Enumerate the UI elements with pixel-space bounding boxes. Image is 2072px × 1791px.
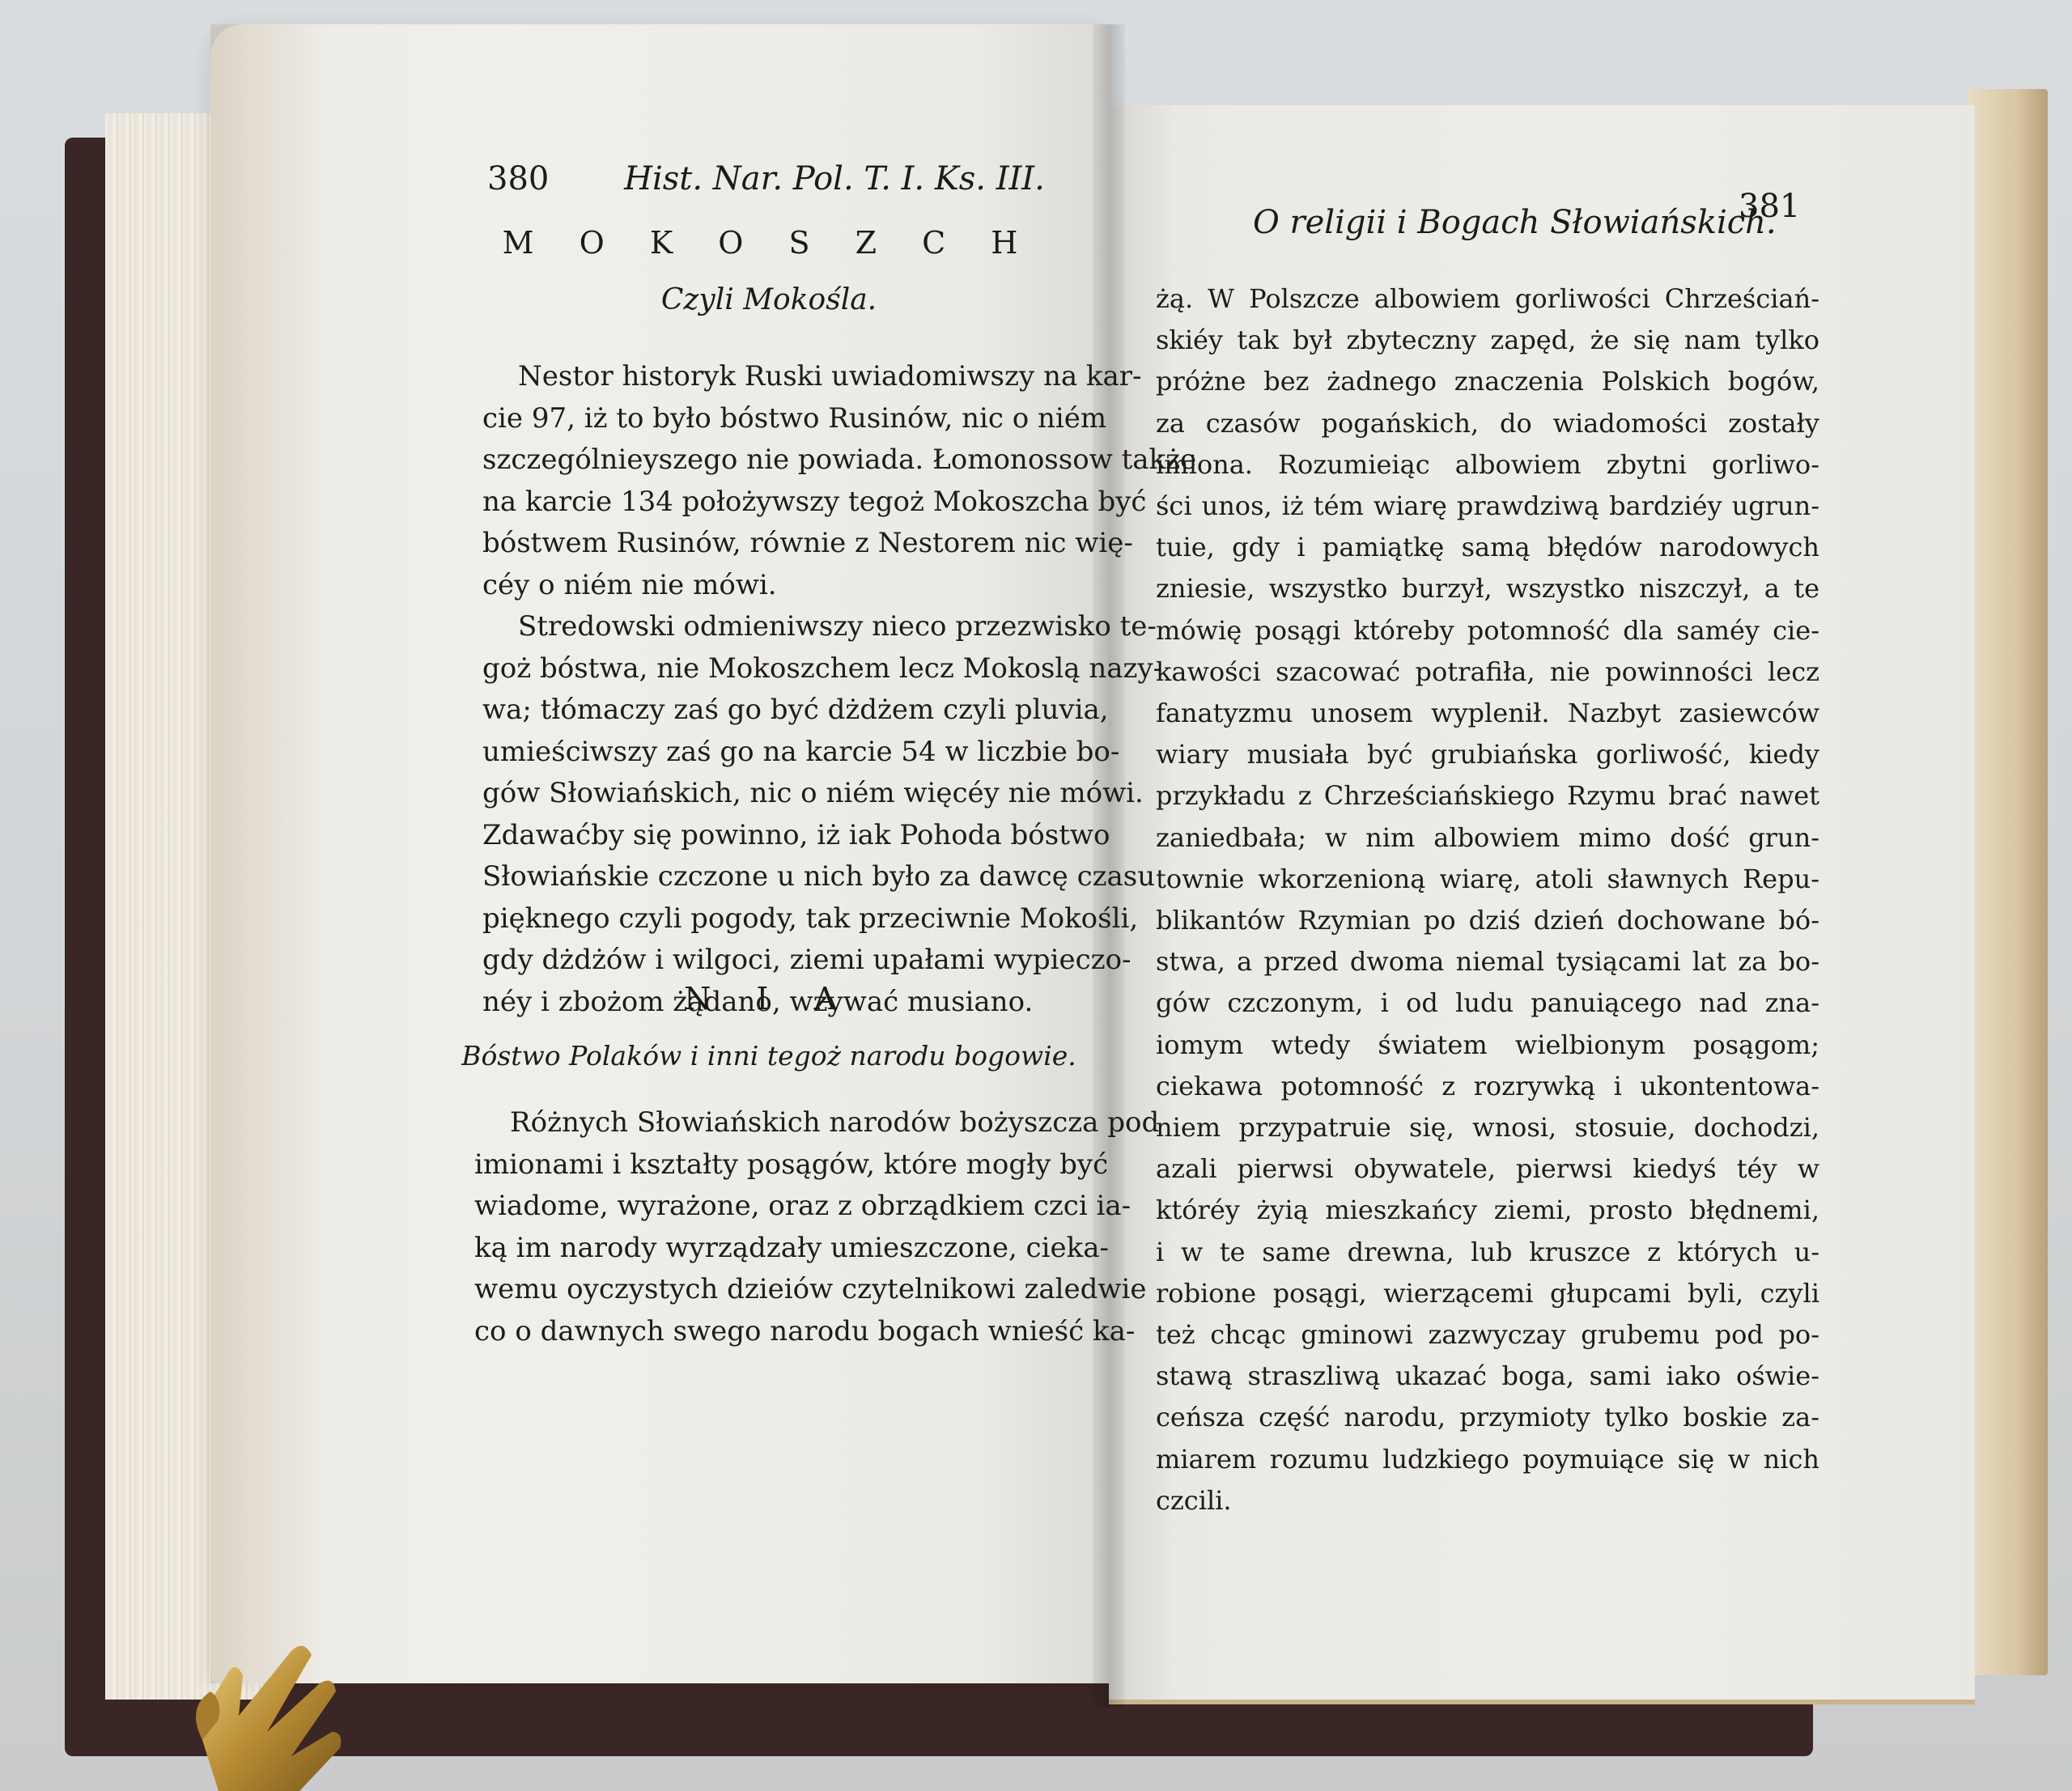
right-running-head: O religii i Bogach Słowiańskich. <box>1253 204 1777 241</box>
right-page-body: żą. W Polszcze albowiem gorliwości Chrze… <box>1156 278 1819 1522</box>
nia-body: Różnych Słowiańskich narodów bożyszcza p… <box>474 1102 1080 1352</box>
text-line: wemu oyczystych dzieiów czytelnikowi zal… <box>474 1269 1080 1311</box>
text-line: czcili. <box>1156 1480 1819 1522</box>
text-line: imiona. Rozumieiąc albowiem zbytni gorli… <box>1156 444 1819 486</box>
text-line: bóstwem Rusinów, równie z Nestorem nic w… <box>482 523 1078 565</box>
text-line: Nestor historyk Ruski uwiadomiwszy na ka… <box>482 356 1078 398</box>
text-line: za czasów pogańskich, do wiadomości zost… <box>1156 403 1819 444</box>
text-line: ści unos, iż tém wiarę prawdziwą bardzié… <box>1156 486 1819 527</box>
text-line: mówię posągi któreby potomność dla saméy… <box>1156 610 1819 651</box>
left-running-head: 380 Hist. Nar. Pol. T. I. Ks. III. <box>487 160 1045 197</box>
text-line: gdy dżdżów i wilgoci, ziemi upałami wypi… <box>482 940 1078 982</box>
text-line: też chcąc gminowi zazwyczay grubemu pod … <box>1156 1314 1819 1356</box>
text-line: townie wkorzenioną wiarę, atoli sławnych… <box>1156 859 1819 900</box>
text-line: robione posągi, wierzącemi głupcami byli… <box>1156 1273 1819 1314</box>
text-line: kawości szacować potrafiła, nie powinnoś… <box>1156 651 1819 693</box>
text-line: ceńsza część narodu, przymioty tylko bos… <box>1156 1397 1819 1438</box>
text-line: azali pierwsi obywatele, pierwsi kiedyś … <box>1156 1148 1819 1190</box>
text-line: iomym wtedy światem wielbionym posągom; <box>1156 1025 1819 1066</box>
text-line: Stredowski odmieniwszy nieco przezwisko … <box>482 606 1078 648</box>
text-line: fanatyzmu unosem wyplenił. Nazbyt zasiew… <box>1156 693 1819 734</box>
text-line: co o dawnych swego narodu bogach wnieść … <box>474 1311 1080 1353</box>
text-line: przykładu z Chrześciańskiego Rzymu brać … <box>1156 775 1819 817</box>
text-line: żą. W Polszcze albowiem gorliwości Chrze… <box>1156 278 1819 320</box>
mokoszch-body: Nestor historyk Ruski uwiadomiwszy na ka… <box>482 356 1078 1023</box>
text-line: któréy żyią mieszkańcy ziemi, prosto błę… <box>1156 1190 1819 1231</box>
text-line: szczególnieyszego nie powiada. Łomonosso… <box>482 439 1078 482</box>
text-line: stawą straszliwą ukazać boga, sami iako … <box>1156 1356 1819 1397</box>
text-line: céy o niém nie mówi. <box>482 565 1078 607</box>
text-line: miarem rozumu ludzkiego poymuiące się w … <box>1156 1439 1819 1480</box>
right-page-number: 381 <box>1739 188 1800 225</box>
book-page-edges-right <box>1967 89 2048 1675</box>
text-line: i w te same drewna, lub kruszce z któryc… <box>1156 1232 1819 1273</box>
left-page-number: 380 <box>487 160 549 197</box>
text-line: niem przypatruie się, wnosi, stosuie, do… <box>1156 1107 1819 1148</box>
brass-hand-ornament-icon <box>105 1578 348 1791</box>
text-line: na karcie 134 położywszy tegoż Mokoszcha… <box>482 482 1078 524</box>
text-line: ką im narody wyrządzały umieszczone, cie… <box>474 1228 1080 1270</box>
text-line: pięknego czyli pogody, tak przeciwnie Mo… <box>482 898 1078 940</box>
text-line: Zdawaćby się powinno, iż iak Pohoda bóst… <box>482 815 1078 857</box>
section-subheading-mokoszch: Czyli Mokośla. <box>486 283 1052 316</box>
section-subheading-nia: Bóstwo Polaków i inni tegoż narodu bogow… <box>461 1040 1076 1072</box>
text-line: gów Słowiańskich, nic o niém więcéy nie … <box>482 773 1078 815</box>
text-line: skiéy tak był zbyteczny zapęd, że się na… <box>1156 320 1819 361</box>
text-line: ciekawa potomność z rozrywką i ukontento… <box>1156 1066 1819 1107</box>
text-line: wa; tłómaczy zaś go być dżdżem czyli plu… <box>482 690 1078 732</box>
section-heading-nia: N I A <box>486 981 1052 1016</box>
text-line: blikantów Rzymian po dziś dzień dochowan… <box>1156 900 1819 941</box>
text-line: umieściwszy zaś go na karcie 54 w liczbi… <box>482 732 1078 774</box>
text-line: wiadome, wyrażone, oraz z obrządkiem czc… <box>474 1186 1080 1228</box>
text-line: zaniedbała; w nim albowiem mimo dość gru… <box>1156 817 1819 859</box>
section-heading-mokoszch: M O K O S Z C H <box>486 225 1052 261</box>
text-line: wiary musiała być grubiańska gorliwość, … <box>1156 734 1819 775</box>
left-running-title: Hist. Nar. Pol. T. I. Ks. III. <box>624 160 1045 197</box>
text-line: stwa, a przed dwoma niemal tysiącami lat… <box>1156 941 1819 983</box>
text-line: cie 97, iż to było bóstwo Rusinów, nic o… <box>482 398 1078 440</box>
text-line: Różnych Słowiańskich narodów bożyszcza p… <box>474 1102 1080 1144</box>
text-line: próżne bez żadnego znaczenia Polskich bo… <box>1156 361 1819 402</box>
text-line: gów czczonym, i od ludu panuiącego nad z… <box>1156 983 1819 1024</box>
text-line: imionami i kształty posągów, które mogły… <box>474 1144 1080 1186</box>
right-running-title: O religii i Bogach Słowiańskich. <box>1253 204 1777 241</box>
text-line: Słowiańskie czczone u nich było za dawcę… <box>482 856 1078 898</box>
text-line: zniesie, wszystko burzył, wszystko niszc… <box>1156 568 1819 609</box>
text-line: tuie, gdy i pamiątkę samą błędów narodow… <box>1156 527 1819 568</box>
text-line: goż bóstwa, nie Mokoszchem lecz Mokoslą … <box>482 648 1078 690</box>
